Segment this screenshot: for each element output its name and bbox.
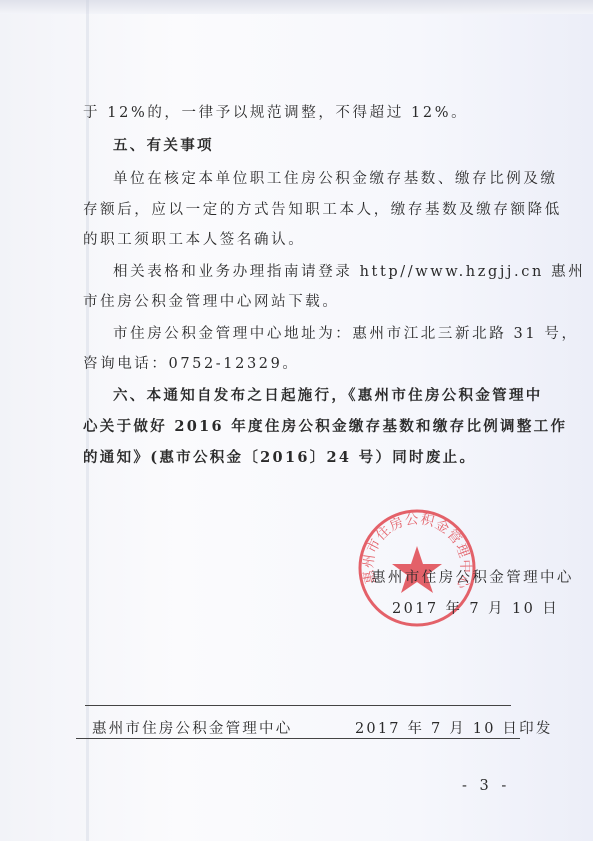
footer-issuer: 惠州市住房公积金管理中心 [92,717,292,738]
website-line: 相关表格和业务办理指南请登录 http//www.hzgjj.cn 惠州 [113,262,585,282]
footer-top-rule [85,705,511,706]
footer-bottom-rule [76,738,520,739]
paragraph-line: 的通知》(惠市公积金〔2016〕24 号）同时废止。 [83,448,476,468]
signature-organization: 惠州市住房公积金管理中心 [371,566,574,587]
page-number: - 3 - [462,778,510,794]
paragraph-line: 于 12%的，一律予以规范调整，不得超过 12%。 [83,103,468,123]
section-heading-6: 六、本通知自发布之日起施行，《惠州市住房公积金管理中 [113,386,543,406]
document-page: 于 12%的，一律予以规范调整，不得超过 12%。 五、有关事项 单位在核定本单… [0,0,593,841]
paragraph-line: 单位在核定本单位职工住房公积金缴存基数、缴存比例及缴 [113,169,558,189]
footer-issue-date: 2017 年 7 月 10 日印发 [355,717,553,738]
paragraph-line: 心关于做好 2016 年度住房公积金缴存基数和缴存比例调整工作 [83,417,567,437]
section-heading-5: 五、有关事项 [113,136,214,156]
paragraph-line: 存额后，应以一定的方式告知职工本人，缴存基数及缴存额降低 [83,200,562,220]
phone-line: 咨询电话：0752-12329。 [83,354,300,374]
paragraph-line: 的职工须职工本人签名确认。 [83,230,305,250]
paragraph-line: 市住房公积金管理中心网站下载。 [83,292,340,312]
signature-date: 2017 年 7 月 10 日 [392,597,559,618]
address-line: 市住房公积金管理中心地址为：惠州市江北三新北路 31 号， [113,324,579,344]
